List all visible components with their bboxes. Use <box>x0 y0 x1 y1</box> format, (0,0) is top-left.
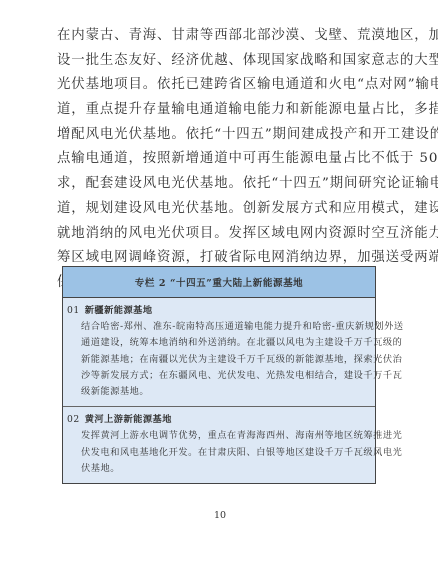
document-page: 在内蒙古、青海、甘肃等西部北部沙漠、戈壁、荒漠地区，加快建 设一批生态友好、经济… <box>0 0 438 571</box>
section-line: 发挥黄河上游水电调节优势，重点在青海海西州、海南州等地区统筹推进光 <box>81 428 369 444</box>
body-paragraph: 在内蒙古、青海、甘肃等西部北部沙漠、戈壁、荒漠地区，加快建 设一批生态友好、经济… <box>57 24 383 296</box>
section-heading: 02 黄河上游新能源基地 <box>67 411 369 428</box>
box-section-xinjiang: 01 新疆新能源基地 结合哈密-郑州、准东-皖南特高压通道输电能力提升和哈密-重… <box>63 298 375 406</box>
section-line: 新能源基地；在南疆以光伏为主建设千万千瓦级的新能源基地，探索光伏治 <box>81 352 369 368</box>
section-body: 发挥黄河上游水电调节优势，重点在青海海西州、海南州等地区统筹推进光 伏发电和风电… <box>67 428 369 477</box>
paragraph-line: 求，配套建设风电光伏基地。依托“十四五”期间研究论证输电通 <box>57 172 383 197</box>
paragraph-line: 设一批生态友好、经济优越、体现国家战略和国家意志的大型风电 <box>57 49 383 74</box>
section-body: 结合哈密-郑州、准东-皖南特高压通道输电能力提升和哈密-重庆新规划外送 通道建设… <box>67 319 369 400</box>
paragraph-line: 增配风电光伏基地。依托“十四五”期间建成投产和开工建设的重 <box>57 123 383 148</box>
section-line: 通道建设，统筹本地消纳和外送消纳。在北疆以风电为主建设千万千瓦级的 <box>81 335 369 351</box>
section-line: 伏基地。 <box>81 461 369 477</box>
section-heading: 01 新疆新能源基地 <box>67 302 369 319</box>
paragraph-line: 在内蒙古、青海、甘肃等西部北部沙漠、戈壁、荒漠地区，加快建 <box>57 24 383 49</box>
paragraph-line: 道，规划建设风电光伏基地。创新发展方式和应用模式，建设一批 <box>57 197 383 222</box>
section-line: 结合哈密-郑州、准东-皖南特高压通道输电能力提升和哈密-重庆新规划外送 <box>81 319 369 335</box>
section-number: 01 <box>67 302 81 319</box>
page-number: 10 <box>210 510 230 521</box>
section-title: 黄河上游新能源基地 <box>85 414 172 425</box>
paragraph-line: 点输电通道，按照新增通道中可再生能源电量占比不低于 50%的要 <box>57 147 383 172</box>
box-section-yellow-river: 02 黄河上游新能源基地 发挥黄河上游水电调节优势，重点在青海海西州、海南州等地… <box>63 406 375 483</box>
paragraph-line: 就地消纳的风电光伏项目。发挥区域电网内资源时空互济能力，统 <box>57 222 383 247</box>
section-number: 02 <box>67 411 81 428</box>
paragraph-line: 道，重点提升存量输电通道输电能力和新能源电量占比，多措并举 <box>57 98 383 123</box>
section-line: 级新能源基地。 <box>81 384 369 400</box>
box-title: 专栏 2 “十四五”重大陆上新能源基地 <box>63 267 375 298</box>
section-title: 新疆新能源基地 <box>85 305 153 316</box>
section-line: 伏发电和风电基地化开发。在甘肃庆阳、白银等地区建设千万千瓦级风电光 <box>81 445 369 461</box>
feature-box: 专栏 2 “十四五”重大陆上新能源基地 01 新疆新能源基地 结合哈密-郑州、准… <box>62 266 376 484</box>
section-line: 沙等新发展方式；在东疆风电、光伏发电、光热发电相结合，建设千万千瓦 <box>81 368 369 384</box>
paragraph-line: 光伏基地项目。依托已建跨省区输电通道和火电“点对网”输电通 <box>57 73 383 98</box>
